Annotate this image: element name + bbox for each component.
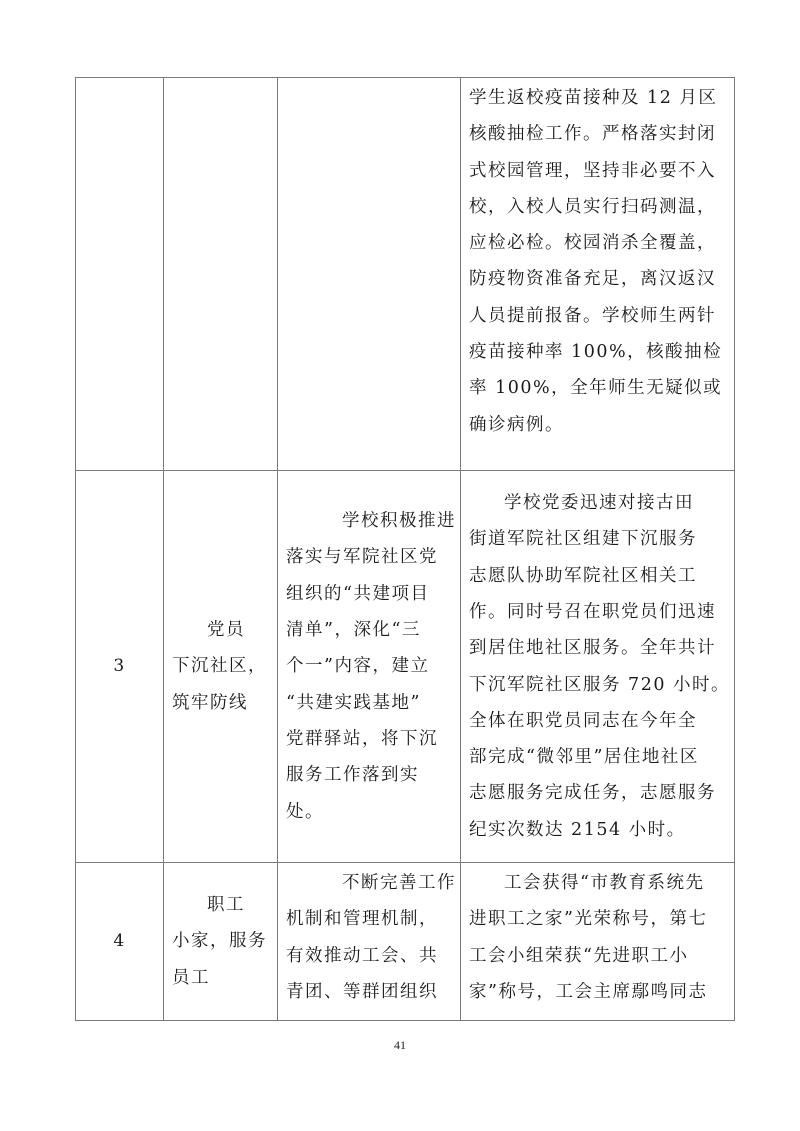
results-line: 防疫物资准备充足，离汉返汉 <box>469 261 730 297</box>
row-title: 职工 小家，服务 员工 <box>164 863 278 1021</box>
results-line: 下沉军院社区服务 720 小时。 <box>469 667 730 703</box>
results-line: 志愿队协助军院社区相关工 <box>469 558 730 594</box>
title-line: 职工 <box>172 887 271 923</box>
row-index <box>76 78 164 471</box>
title-line: 员工 <box>172 960 271 996</box>
results-line: 部完成“微邻里”居住地社区 <box>469 739 730 775</box>
results-line: 作。同时号召在职党员们迅速 <box>469 594 730 630</box>
measures-line: 落实与军院社区党 <box>286 539 456 575</box>
page-number: 41 <box>0 1038 800 1053</box>
results-line: 学校党委迅速对接古田 <box>469 485 730 521</box>
results-line: 全体在职党员同志在今年全 <box>469 703 730 739</box>
results-line: 家”称号，工会主席鄢鸣同志 <box>469 974 730 1010</box>
results-line: 学生返校疫苗接种及 12 月区 <box>469 80 730 116</box>
results-line: 式校园管理，坚持非必要不入 <box>469 153 730 189</box>
table-row: 4 职工 小家，服务 员工 不断完善工作 机制和管理机制， 有效推动工会、共 青… <box>76 863 735 1021</box>
results-line: 志愿服务完成任务，志愿服务 <box>469 775 730 811</box>
row-title: 党员 下沉社区， 筑牢防线 <box>164 471 278 863</box>
measures-line: 服务工作落到实 <box>286 757 456 793</box>
results-line: 工会小组荣获“先进职工小 <box>469 938 730 974</box>
results-line: 校，入校人员实行扫码测温， <box>469 189 730 225</box>
row-results: 工会获得“市教育系统先 进职工之家”光荣称号，第七 工会小组荣获“先进职工小 家… <box>461 863 735 1021</box>
title-line: 小家，服务 <box>172 923 271 959</box>
results-line: 工会获得“市教育系统先 <box>469 865 730 901</box>
results-line: 确诊病例。 <box>469 407 730 443</box>
table-row: 学生返校疫苗接种及 12 月区 核酸抽检工作。严格落实封闭 式校园管理，坚持非必… <box>76 78 735 471</box>
results-line: 街道军院社区组建下沉服务 <box>469 521 730 557</box>
results-line: 人员提前报备。学校师生两针 <box>469 298 730 334</box>
measures-line: “共建实践基地” <box>286 685 456 721</box>
measures-line: 青团、等群团组织 <box>286 974 456 1010</box>
row-title <box>164 78 278 471</box>
table-row: 3 党员 下沉社区， 筑牢防线 学校积极推进 落实与军院社区党 组织的“共建项目… <box>76 471 735 863</box>
measures-line: 不断完善工作 <box>286 865 456 901</box>
row-index: 4 <box>76 863 164 1021</box>
row-results: 学校党委迅速对接古田 街道军院社区组建下沉服务 志愿队协助军院社区相关工 作。同… <box>461 471 735 863</box>
measures-line: 党群驿站，将下沉 <box>286 721 456 757</box>
results-line: 到居住地社区服务。全年共计 <box>469 630 730 666</box>
measures-line: 有效推动工会、共 <box>286 938 456 974</box>
row-measures: 不断完善工作 机制和管理机制， 有效推动工会、共 青团、等群团组织 <box>278 863 461 1021</box>
results-line: 率 100%，全年师生无疑似或 <box>469 370 730 406</box>
measures-line: 处。 <box>286 794 456 830</box>
title-line: 下沉社区， <box>172 648 271 684</box>
row-measures <box>278 78 461 471</box>
title-line: 党员 <box>172 612 271 648</box>
results-line: 纪实次数达 2154 小时。 <box>469 812 730 848</box>
row-measures: 学校积极推进 落实与军院社区党 组织的“共建项目 清单”，深化“三 个一”内容，… <box>278 471 461 863</box>
results-line: 疫苗接种率 100%，核酸抽检 <box>469 334 730 370</box>
row-results: 学生返校疫苗接种及 12 月区 核酸抽检工作。严格落实封闭 式校园管理，坚持非必… <box>461 78 735 471</box>
measures-line: 组织的“共建项目 <box>286 576 456 612</box>
measures-line: 机制和管理机制， <box>286 901 456 937</box>
measures-line: 学校积极推进 <box>286 503 456 539</box>
measures-line: 个一”内容，建立 <box>286 648 456 684</box>
results-line: 进职工之家”光荣称号，第七 <box>469 901 730 937</box>
row-index: 3 <box>76 471 164 863</box>
results-line: 核酸抽检工作。严格落实封闭 <box>469 116 730 152</box>
results-line: 应检必检。校园消杀全覆盖， <box>469 225 730 261</box>
work-summary-table: 学生返校疫苗接种及 12 月区 核酸抽检工作。严格落实封闭 式校园管理，坚持非必… <box>75 77 735 1021</box>
measures-line: 清单”，深化“三 <box>286 612 456 648</box>
title-line: 筑牢防线 <box>172 685 271 721</box>
